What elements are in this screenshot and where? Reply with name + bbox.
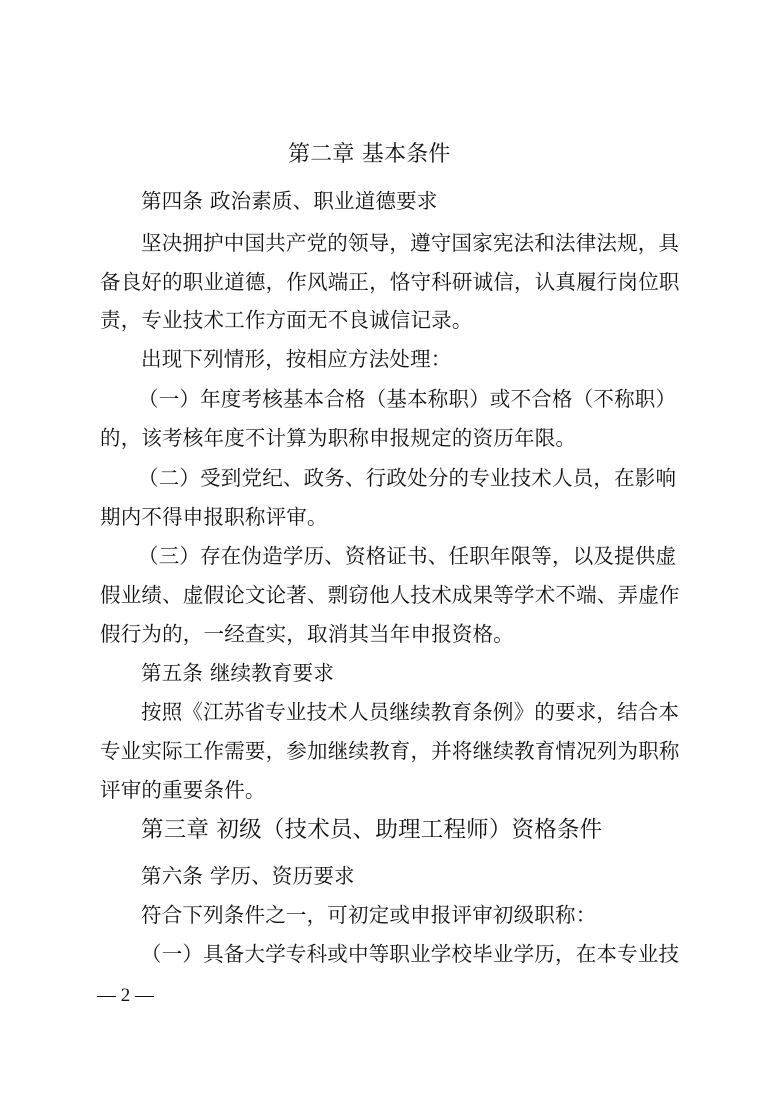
article-4-title: 第四条 政治素质、职业道德要求 — [141, 187, 438, 215]
article-6-para: 符合下列条件之一，可初定或申报评审初级职称： — [141, 901, 596, 929]
article-5-title: 第五条 继续教育要求 — [141, 659, 334, 687]
article-4-item-3-line-3: 假行为的，一经查实，取消其当年申报资格。 — [100, 620, 514, 648]
article-5-para-line-2: 专业实际工作需要，参加继续教育，并将继续教育情况列为职称 — [100, 737, 680, 765]
article-4-item-3-line-1: （三）存在伪造学历、资格证书、任职年限等，以及提供虚 — [138, 542, 676, 570]
page-number: — 2 — — [97, 985, 154, 1007]
article-4-para-1-line-1: 坚决拥护中国共产党的领导，遵守国家宪法和法律法规，具 — [141, 229, 679, 257]
chapter-2-title: 第二章 基本条件 — [288, 141, 451, 169]
article-5-para-line-3: 评审的重要条件。 — [100, 776, 266, 804]
article-4-item-1-line-1: （一）年度考核基本合格（基本称职）或不合格（不称职） — [138, 385, 676, 413]
article-4-para-1-line-3: 责，专业技术工作方面无不良诚信记录。 — [100, 306, 473, 334]
article-6-title: 第六条 学历、资历要求 — [141, 862, 355, 890]
article-4-para-1-line-2: 备良好的职业道德，作风端正，恪守科研诚信，认真履行岗位职 — [100, 268, 680, 296]
document-page: 第二章 基本条件 第四条 政治素质、职业道德要求 坚决拥护中国共产党的领导，遵守… — [0, 0, 777, 1099]
article-6-item-1-line-1: （一）具备大学专科或中等职业学校毕业学历，在本专业技 — [141, 940, 679, 968]
article-5-para-line-1: 按照《江苏省专业技术人员继续教育条例》的要求，结合本 — [141, 698, 679, 726]
article-4-item-3-line-2: 假业绩、虚假论文论著、剽窃他人技术成果等学术不端、弄虚作 — [100, 581, 680, 609]
article-4-item-2-line-2: 期内不得申报职称评审。 — [100, 503, 328, 531]
article-4-item-1-line-2: 的，该考核年度不计算为职称申报规定的资历年限。 — [100, 424, 576, 452]
chapter-3-title: 第三章 初级（技术员、助理工程师）资格条件 — [141, 816, 602, 844]
article-4-item-2-line-1: （二）受到党纪、政务、行政处分的专业技术人员，在影响 — [138, 464, 676, 492]
article-4-para-2: 出现下列情形，按相应方法处理： — [141, 345, 452, 373]
